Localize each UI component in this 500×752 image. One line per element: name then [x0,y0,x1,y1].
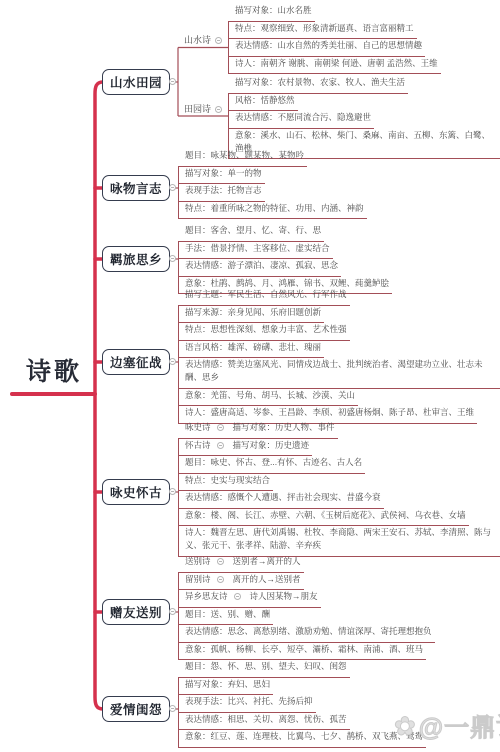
leaf-row[interactable]: 题目：咏史、怀古、登...有怀、古迹名、古人名 [178,456,365,474]
collapse-icon[interactable] [169,255,176,262]
leaf-row[interactable]: 题目：客舍、望月、忆、寄、行、思 [178,224,324,242]
leaf-row[interactable]: 描写对象：单一的物 [178,167,265,185]
leaf-text: 离开的人→送别者 [233,574,301,584]
watermark-text: @一鼎说 [419,708,500,744]
rows-tianyuan: 描写对象：农村景物、农家、牧人、渔夫生活 风格：恬静悠然 表达情感：不愿同流合污… [228,76,500,159]
leaf-row[interactable]: 表现手法：托物言志 [178,184,265,202]
subtopic-shanshui[interactable]: 山水诗 [184,34,222,47]
leaf-row[interactable]: 描写来源：亲身见闻、乐府旧题创新 [178,306,324,324]
leaf-row[interactable]: 题目：咏某物、题某物、某物吟 [178,149,307,167]
leaf-row[interactable]: 手法：借景抒情、主客移位、虚实结合 [178,242,333,260]
subtopic-tianyuan[interactable]: 田园诗 [184,103,222,116]
subtopic-label: 山水诗 [184,34,211,47]
branch-node-frontier-war[interactable]: 边塞征战 [102,349,170,375]
subtopic-label: 怀古诗 [185,440,211,450]
leaf-text: 诗人因某物→朋友 [250,591,318,601]
rows-farewell: 送别诗送别者→离开的人 留别诗离开的人→送别者 异乡思友诗诗人因某物→朋友 题目… [178,555,500,660]
collapse-icon[interactable] [169,78,176,85]
leaf-row[interactable]: 语言风格：雄浑、磅礴、悲壮、瑰丽 [178,341,324,359]
branch-node-object-aspiration[interactable]: 咏物言志 [102,175,170,201]
rows-shanshui: 描写对象：山水名胜 特点：观察细致、形象清新逼真、语言富丽精工 表达情感：山水自… [228,4,500,74]
collapse-icon[interactable] [215,106,222,113]
leaf-row[interactable]: 特点：着重所咏之物的特征、功用、内涵、神韵 [178,202,367,220]
collapse-icon[interactable] [169,705,176,712]
leaf-row[interactable]: 咏史诗描写对象：历史人物、事件 [178,421,338,439]
collapse-icon[interactable] [169,184,176,191]
leaf-row[interactable]: 描写对象：山水名胜 [228,4,315,22]
collapse-icon[interactable] [169,488,176,495]
subtopic-label: 咏史诗 [185,422,211,432]
subtopic-label: 留别诗 [185,574,211,584]
leaf-row[interactable]: 表现手法：比兴、衬托、先扬后抑 [178,695,316,713]
rows-travel-homesick: 题目：客舍、望月、忆、寄、行、思 手法：借景抒情、主客移位、虚实结合 表达情感：… [178,224,500,294]
rows-history-nostalgia: 咏史诗描写对象：历史人物、事件 怀古诗描写对象：历史遗迹 题目：咏史、怀古、登.… [178,421,500,557]
leaf-text: 送别者→离开的人 [233,556,301,566]
branch-node-landscape-pastoral[interactable]: 山水田园 [102,69,170,95]
branch-node-travel-homesick[interactable]: 羁旅思乡 [102,246,170,272]
collapse-icon[interactable] [217,558,224,565]
subtopic-label: 送别诗 [185,556,211,566]
leaf-row[interactable]: 意象：羌笛、号角、胡马、长城、沙漠、关山 [178,389,358,407]
leaf-row[interactable]: 表达情感：赞美边塞风光、同情戍边战士、批判统治者、渴望建功立业、壮志未酬、思乡 [178,358,500,389]
leaf-row[interactable]: 表达情感：感慨个人遭遇、抨击社会现实、昔盛今衰 [178,491,384,509]
leaf-row[interactable]: 风格：恬静悠然 [228,94,298,112]
leaf-text: 描写对象：历史遗迹 [233,440,310,450]
collapse-icon[interactable] [215,37,222,44]
collapse-icon[interactable] [217,442,224,449]
leaf-row[interactable]: 留别诗离开的人→送别者 [178,573,304,591]
watermark: ✿ @一鼎说 [394,708,500,744]
collapse-icon[interactable] [234,593,241,600]
rows-frontier-war: 描写主题：军民生活、自然风光、行军作战 描写来源：亲身见闻、乐府旧题创新 特点：… [178,288,500,424]
leaf-row[interactable]: 诗人：南朝齐 谢朓、南朝梁 何逊、唐朝 孟浩然、王维 [228,57,441,75]
branch-node-love-boudoir[interactable]: 爱情闺怨 [102,696,170,722]
leaf-row[interactable]: 异乡思友诗诗人因某物→朋友 [178,590,321,608]
flower-icon: ✿ [394,711,417,742]
leaf-row[interactable]: 意象：红豆、莲、连理枝、比翼鸟、七夕、鹊桥、双飞燕、鸳鸯 [178,730,426,748]
leaf-row[interactable]: 表达情感：思念、离愁别绪、激励劝勉、情谊深厚、寄托理想抱负 [178,625,435,643]
leaf-row[interactable]: 描写对象：农村景物、农家、牧人、渔夫生活 [228,76,408,94]
leaf-row[interactable]: 表达情感：不愿同流合污、隐逸避世 [228,111,374,129]
subtopic-label: 田园诗 [184,103,211,116]
leaf-row[interactable]: 意象：孤帆、杨柳、长亭、短亭、灞桥、霜林、南浦、酒、班马 [178,643,426,661]
subtopic-label: 异乡思友诗 [185,591,228,601]
leaf-row[interactable]: 诗人：魏晋左思、唐代刘禹锡、杜牧、李商隐、两宋王安石、苏轼、李清照、陈与义、张元… [178,526,500,557]
leaf-row[interactable]: 题目：送、别、赠、酬 [178,608,273,626]
leaf-row[interactable]: 表达情感：山水自然的秀美壮丽、自己的思想情趣 [228,39,425,57]
leaf-row[interactable]: 描写对象：弃妇、思妇 [178,678,273,696]
collapse-icon[interactable] [169,608,176,615]
rows-object-aspiration: 题目：咏某物、题某物、某物吟 描写对象：单一的物 表现手法：托物言志 特点：着重… [178,149,500,219]
leaf-row[interactable]: 送别诗送别者→离开的人 [178,555,304,573]
leaf-row[interactable]: 怀古诗描写对象：历史遗迹 [178,439,312,457]
leaf-row[interactable]: 意象：楼、阁、长江、赤壁、六朝、《玉树后庭花》、武侯祠、乌衣巷、女墙 [178,509,469,527]
collapse-icon[interactable] [169,358,176,365]
collapse-icon[interactable] [217,576,224,583]
leaf-row[interactable]: 特点：观察细致、形象清新逼真、语言富丽精工 [228,22,417,40]
leaf-row[interactable]: 特点：史实与现实结合 [178,474,273,492]
branch-node-farewell[interactable]: 赠友送别 [102,599,170,625]
leaf-row[interactable]: 表达情感：游子漂泊、凄凉、孤寂、思念 [178,259,341,277]
leaf-row[interactable]: 表达情感：相思、关切、离怨、忧伤、孤苦 [178,713,350,731]
root-node[interactable]: 诗歌 [26,352,82,388]
leaf-row[interactable]: 描写主题：军民生活、自然风光、行军作战 [178,288,350,306]
leaf-text: 描写对象：历史人物、事件 [233,422,335,432]
leaf-row[interactable]: 题目：怨、怀、思、别、望夫、妇叹、闺怨 [178,660,350,678]
branch-node-history-nostalgia[interactable]: 咏史怀古 [102,479,170,505]
leaf-row[interactable]: 特点：思想性深刻、想象力丰富、艺术性强 [178,323,350,341]
collapse-icon[interactable] [217,424,224,431]
mindmap-canvas: 诗歌 山水田园 咏物言志 羁旅思乡 边塞征战 咏史怀古 赠友送别 爱情闺怨 山水… [0,0,500,752]
